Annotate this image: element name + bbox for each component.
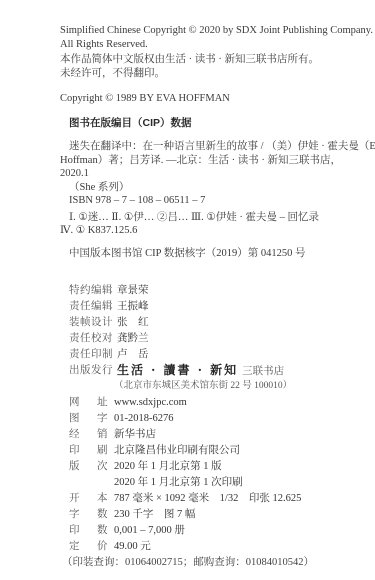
publisher-name: 三联书店: [242, 366, 284, 377]
cip-number: 中国版本图书馆 CIP 数据核字（2019）第 041250 号: [69, 247, 305, 260]
detail-label-a: 经: [69, 428, 80, 441]
detail-value: 新华书店: [114, 428, 156, 441]
credit-value: 龚黔兰: [117, 332, 149, 345]
no-reprint-notice: 未经许可，不得翻印。: [60, 67, 165, 80]
credit-label: 责任校对: [69, 332, 113, 345]
detail-label-b: 价: [97, 540, 108, 553]
detail-label-b: 销: [97, 428, 108, 441]
cip-series: （She 系列）: [69, 181, 129, 194]
cip-entry-line3: 2020.1: [60, 167, 89, 180]
cip-subject-line2: Ⅳ. ① K837.125.6: [60, 224, 137, 237]
cip-title: 图书在版编目（CIP）数据: [69, 117, 192, 130]
cip-entry-line2: Hoffman）著；吕芳译. —北京：生活 · 读书 · 新知三联书店，: [60, 154, 341, 167]
detail-label-b: 字: [97, 412, 108, 425]
detail-label-a: 定: [69, 540, 80, 553]
detail-value: 230 千字 图 7 幅: [114, 508, 195, 521]
detail-label-a: 字: [69, 508, 80, 521]
detail-label-a: 开: [69, 492, 80, 505]
credit-label: 装帧设计: [69, 316, 113, 329]
credit-value: 张 红: [117, 316, 149, 329]
detail-label-a: 图: [69, 412, 80, 425]
credit-label: 责任印制: [69, 348, 113, 361]
credit-value: 章景荣: [117, 284, 149, 297]
cip-subject-line1: Ⅰ. ①迷… Ⅱ. ①伊… ②吕… Ⅲ. ①伊娃 · 霍夫曼 – 回忆录: [69, 211, 319, 224]
publisher-value: 生活 · 讀書 · 新知三联书店: [117, 363, 284, 379]
detail-value: 北京隆昌伟业印刷有限公司: [114, 444, 240, 457]
detail-label-b: 数: [97, 508, 108, 521]
cip-entry-line1: 迷失在翻译中：在一种语言里新生的故事 / （美）伊娃 · 霍夫曼（Eva: [69, 140, 375, 153]
rights-reserved: All Rights Reserved.: [60, 38, 148, 51]
copyright-page: Simplified Chinese Copyright © 2020 by S…: [0, 0, 375, 580]
detail-label-a: 版: [69, 460, 80, 473]
inquiry-footer: （印装查询：01064002715；邮购查询：01084010542）: [62, 556, 314, 569]
detail-label-b: 本: [97, 492, 108, 505]
detail-label-b: 刷: [97, 444, 108, 457]
detail-label-a: 印: [69, 524, 80, 537]
detail-value: 01-2018-6276: [114, 412, 174, 425]
detail-label-a: 印: [69, 444, 80, 457]
copyright-line-chinese: 本作品简体中文版权由生活 · 读书 · 新知三联书店所有。: [60, 53, 319, 66]
detail-label-b: 数: [97, 524, 108, 537]
copyright-line-english: Simplified Chinese Copyright © 2020 by S…: [60, 24, 373, 37]
detail-value: 2020 年 1 月北京第 1 版: [114, 460, 222, 473]
detail-label-b: 次: [97, 460, 108, 473]
credit-value: 王振峰: [117, 300, 149, 313]
publisher-label: 出版发行: [69, 363, 113, 378]
detail-label-a: 网: [69, 396, 80, 409]
detail-value: 49.00 元: [114, 540, 151, 553]
detail-value: 0,001 – 7,000 册: [114, 524, 185, 537]
credit-label: 特约编辑: [69, 284, 113, 297]
credit-value: 卢 岳: [117, 348, 149, 361]
publisher-brand-logo: 生活 · 讀書 · 新知: [117, 363, 238, 377]
detail-value: 2020 年 1 月北京第 1 次印刷: [114, 476, 243, 489]
credit-label: 责任编辑: [69, 300, 113, 313]
detail-label-b: 址: [97, 396, 108, 409]
original-copyright: Copyright © 1989 BY EVA HOFFMAN: [60, 92, 230, 105]
website-link[interactable]: www.sdxjpc.com: [114, 396, 187, 409]
cip-isbn: ISBN 978 – 7 – 108 – 06511 – 7: [69, 194, 205, 207]
publisher-address: （北京市东城区美术馆东街 22 号 100010）: [114, 380, 292, 393]
detail-value: 787 毫米 × 1092 毫米 1/32 印张 12.625: [114, 492, 301, 505]
